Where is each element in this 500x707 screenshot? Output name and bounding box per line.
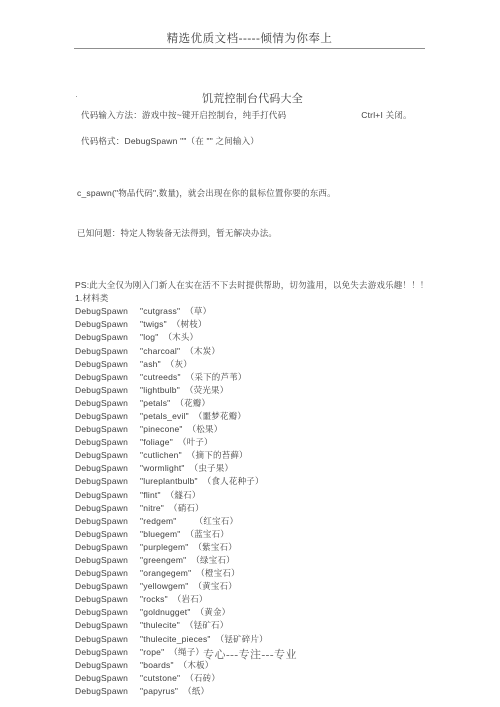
code-prefix: DebugSpawn	[75, 450, 128, 460]
page-title: 饥荒控制台代码大全	[202, 93, 303, 105]
code-line: DebugSpawn"cutlichen"（摘下的苔藓）	[75, 449, 430, 462]
item-description: （黄宝石）	[193, 581, 237, 591]
code-prefix: DebugSpawn	[75, 398, 128, 408]
code-line: DebugSpawn"rocks"（岩石）	[75, 593, 430, 606]
item-code: "purplegem"	[140, 542, 188, 552]
item-description: （摘下的苔藓）	[187, 450, 248, 460]
section-heading-materials: 1.材料类	[75, 292, 430, 305]
item-description: （木炭）	[185, 346, 220, 356]
code-list: DebugSpawn"cutgrass"（草）DebugSpawn"twigs"…	[75, 305, 430, 698]
code-line: DebugSpawn"ash"（灰）	[75, 358, 430, 371]
item-description: （荧光果）	[185, 385, 229, 395]
item-description: （木头）	[163, 332, 198, 342]
item-code: "bluegem"	[140, 529, 180, 539]
code-prefix: DebugSpawn	[75, 437, 128, 447]
page-header-text: 精选优质文档-----倾情为你奉上	[167, 33, 333, 45]
item-description: （花瓣）	[175, 398, 210, 408]
code-line: DebugSpawn"log"（木头）	[75, 331, 430, 344]
code-prefix: DebugSpawn	[75, 516, 128, 526]
spawn-line: c_spawn("物品代码",数量)，就会出现在你的鼠标位置你要的东西。	[77, 187, 430, 200]
code-line: DebugSpawn"orangegem"（橙宝石）	[75, 567, 430, 580]
code-line: DebugSpawn"nitre"（硝石）	[75, 502, 430, 515]
code-line: DebugSpawn"cutreeds"（采下的芦苇）	[75, 371, 430, 384]
code-line: DebugSpawn"purplegem"（紫宝石）	[75, 541, 430, 554]
item-description: （铥矿碎片）	[216, 634, 268, 644]
code-prefix: DebugSpawn	[75, 490, 128, 500]
item-description: （铥矿石）	[185, 620, 229, 630]
document-content: · 饥荒控制台代码大全 代码输入方法：游戏中按~键开启控制台，纯手打代码Ctrl…	[75, 93, 430, 698]
code-prefix: DebugSpawn	[75, 424, 128, 434]
code-prefix: DebugSpawn	[75, 620, 128, 630]
page-header: 精选优质文档-----倾情为你奉上	[74, 33, 425, 49]
code-format-text: 代码格式：DebugSpawn ""（在 "" 之间输入）	[81, 136, 259, 146]
code-line: DebugSpawn"foliage"（叶子）	[75, 436, 430, 449]
code-prefix: DebugSpawn	[75, 332, 128, 342]
code-line: DebugSpawn"goldnugget"（黄金）	[75, 606, 430, 619]
code-prefix: DebugSpawn	[75, 581, 128, 591]
code-line: DebugSpawn"twigs"（树枝）	[75, 318, 430, 331]
code-line: DebugSpawn"bluegem"（蓝宝石）	[75, 528, 430, 541]
code-line: DebugSpawn"wormlight"（虫子果）	[75, 462, 430, 475]
paragraph-input-method: 代码输入方法：游戏中按~键开启控制台，纯手打代码Ctrl+I 关闭。	[75, 109, 430, 122]
paragraph-code-format: 代码格式：DebugSpawn ""（在 "" 之间输入）	[75, 135, 430, 148]
item-code: "greengem"	[140, 555, 186, 565]
item-description: （紫宝石）	[193, 542, 237, 552]
code-prefix: DebugSpawn	[75, 411, 128, 421]
item-description: （叶子）	[178, 437, 213, 447]
item-code: "lureplantbulb"	[140, 476, 198, 486]
code-prefix: DebugSpawn	[75, 346, 128, 356]
code-prefix: DebugSpawn	[75, 372, 128, 382]
item-description: （草）	[185, 306, 211, 316]
code-prefix: DebugSpawn	[75, 385, 128, 395]
item-code: "cutreeds"	[140, 372, 181, 382]
item-code: "cutlichen"	[140, 450, 182, 460]
item-code: "wormlight"	[140, 463, 185, 473]
item-description: （食人花种子）	[203, 476, 264, 486]
code-line: DebugSpawn"thulecite"（铥矿石）	[75, 619, 430, 632]
item-description: （绿宝石）	[191, 555, 235, 565]
item-description: （蓝宝石）	[186, 529, 230, 539]
document-page: 精选优质文档-----倾情为你奉上 · 饥荒控制台代码大全 代码输入方法：游戏中…	[0, 0, 500, 707]
code-prefix: DebugSpawn	[75, 542, 128, 552]
item-code: "nitre"	[140, 503, 164, 513]
item-description: （岩石）	[173, 594, 208, 604]
item-code: "yellowgem"	[140, 581, 188, 591]
code-line: DebugSpawn"petals"（花瓣）	[75, 397, 430, 410]
paragraph-spawn: c_spawn("物品代码",数量)，就会出现在你的鼠标位置你要的东西。 已知问…	[75, 161, 430, 266]
item-description: （燧石）	[166, 490, 201, 500]
item-description: （红宝石）	[182, 516, 239, 526]
item-code: "charcoal"	[140, 346, 180, 356]
item-code: "petals"	[140, 398, 170, 408]
item-code: "petals_evil"	[140, 411, 189, 421]
code-prefix: DebugSpawn	[75, 306, 128, 316]
input-method-suffix: Ctrl+I 关闭。	[361, 109, 411, 122]
item-code: "log"	[140, 332, 158, 342]
code-prefix: DebugSpawn	[75, 503, 128, 513]
item-description: （采下的芦苇）	[186, 372, 247, 382]
item-description: （纸）	[183, 686, 209, 696]
code-line: DebugSpawn"petals_evil"（噩梦花瓣）	[75, 410, 430, 423]
code-line: DebugSpawn"thulecite_pieces"（铥矿碎片）	[75, 633, 430, 646]
item-description: （石砖）	[185, 673, 220, 683]
item-code: "goldnugget"	[140, 607, 191, 617]
code-prefix: DebugSpawn	[75, 634, 128, 644]
item-description: （硝石）	[169, 503, 204, 513]
known-issue-line: 已知问题：特定人物装备无法得到，暂无解决办法。	[77, 227, 430, 240]
item-description: （噩梦花瓣）	[194, 411, 246, 421]
code-line: DebugSpawn"charcoal"（木炭）	[75, 345, 430, 358]
code-prefix: DebugSpawn	[75, 476, 128, 486]
item-code: "pinecone"	[140, 424, 183, 434]
code-line: DebugSpawn"greengem"（绿宝石）	[75, 554, 430, 567]
item-code: "foliage"	[140, 437, 173, 447]
input-method-text: 代码输入方法：游戏中按~键开启控制台，纯手打代码	[81, 110, 286, 120]
item-code: "rocks"	[140, 594, 168, 604]
code-prefix: DebugSpawn	[75, 555, 128, 565]
item-description: （黄金）	[196, 607, 231, 617]
item-code: "orangegem"	[140, 568, 191, 578]
code-line: DebugSpawn"cutgrass"（草）	[75, 305, 430, 318]
code-prefix: DebugSpawn	[75, 673, 128, 683]
code-line: DebugSpawn"pinecone"（松果）	[75, 423, 430, 436]
code-prefix: DebugSpawn	[75, 686, 128, 696]
code-prefix: DebugSpawn	[75, 359, 128, 369]
item-code: "thulecite"	[140, 620, 180, 630]
code-line: DebugSpawn"flint"（燧石）	[75, 489, 430, 502]
code-prefix: DebugSpawn	[75, 529, 128, 539]
item-code: "twigs"	[140, 319, 167, 329]
code-line: DebugSpawn"lightbulb"（荧光果）	[75, 384, 430, 397]
item-description: （虫子果）	[190, 463, 234, 473]
ps-note-text: PS:此大全仅为刚入门新人在实在活不下去时提供帮助，切勿滥用，以免失去游戏乐趣！…	[75, 280, 429, 290]
code-prefix: DebugSpawn	[75, 568, 128, 578]
item-code: "redgem"	[140, 516, 176, 526]
code-line: DebugSpawn"redgem" （红宝石）	[75, 515, 430, 528]
page-footer: 专心---专注---专业	[0, 646, 500, 662]
item-code: "cutstone"	[140, 673, 180, 683]
code-line: DebugSpawn"lureplantbulb"（食人花种子）	[75, 475, 430, 488]
code-line: DebugSpawn"yellowgem"（黄宝石）	[75, 580, 430, 593]
item-code: "cutgrass"	[140, 306, 180, 316]
paragraph-ps-note: PS:此大全仅为刚入门新人在实在活不下去时提供帮助，切勿滥用，以免失去游戏乐趣！…	[75, 279, 430, 292]
code-prefix: DebugSpawn	[75, 594, 128, 604]
page-footer-text: 专心---专注---专业	[203, 649, 297, 661]
item-code: "flint"	[140, 490, 161, 500]
item-code: "papyrus"	[140, 686, 178, 696]
item-description: （树枝）	[172, 319, 207, 329]
item-description: （松果）	[188, 424, 223, 434]
code-line: DebugSpawn"papyrus"（纸）	[75, 685, 430, 698]
code-line: DebugSpawn"cutstone"（石砖）	[75, 672, 430, 685]
code-prefix: DebugSpawn	[75, 607, 128, 617]
title-mark: ·	[75, 90, 78, 103]
title-row: · 饥荒控制台代码大全	[75, 93, 430, 106]
item-description: （灰）	[166, 359, 192, 369]
item-code: "ash"	[140, 359, 161, 369]
item-code: "thulecite_pieces"	[140, 634, 211, 644]
item-code: "lightbulb"	[140, 385, 180, 395]
item-description: （橙宝石）	[196, 568, 240, 578]
code-prefix: DebugSpawn	[75, 319, 128, 329]
code-prefix: DebugSpawn	[75, 463, 128, 473]
